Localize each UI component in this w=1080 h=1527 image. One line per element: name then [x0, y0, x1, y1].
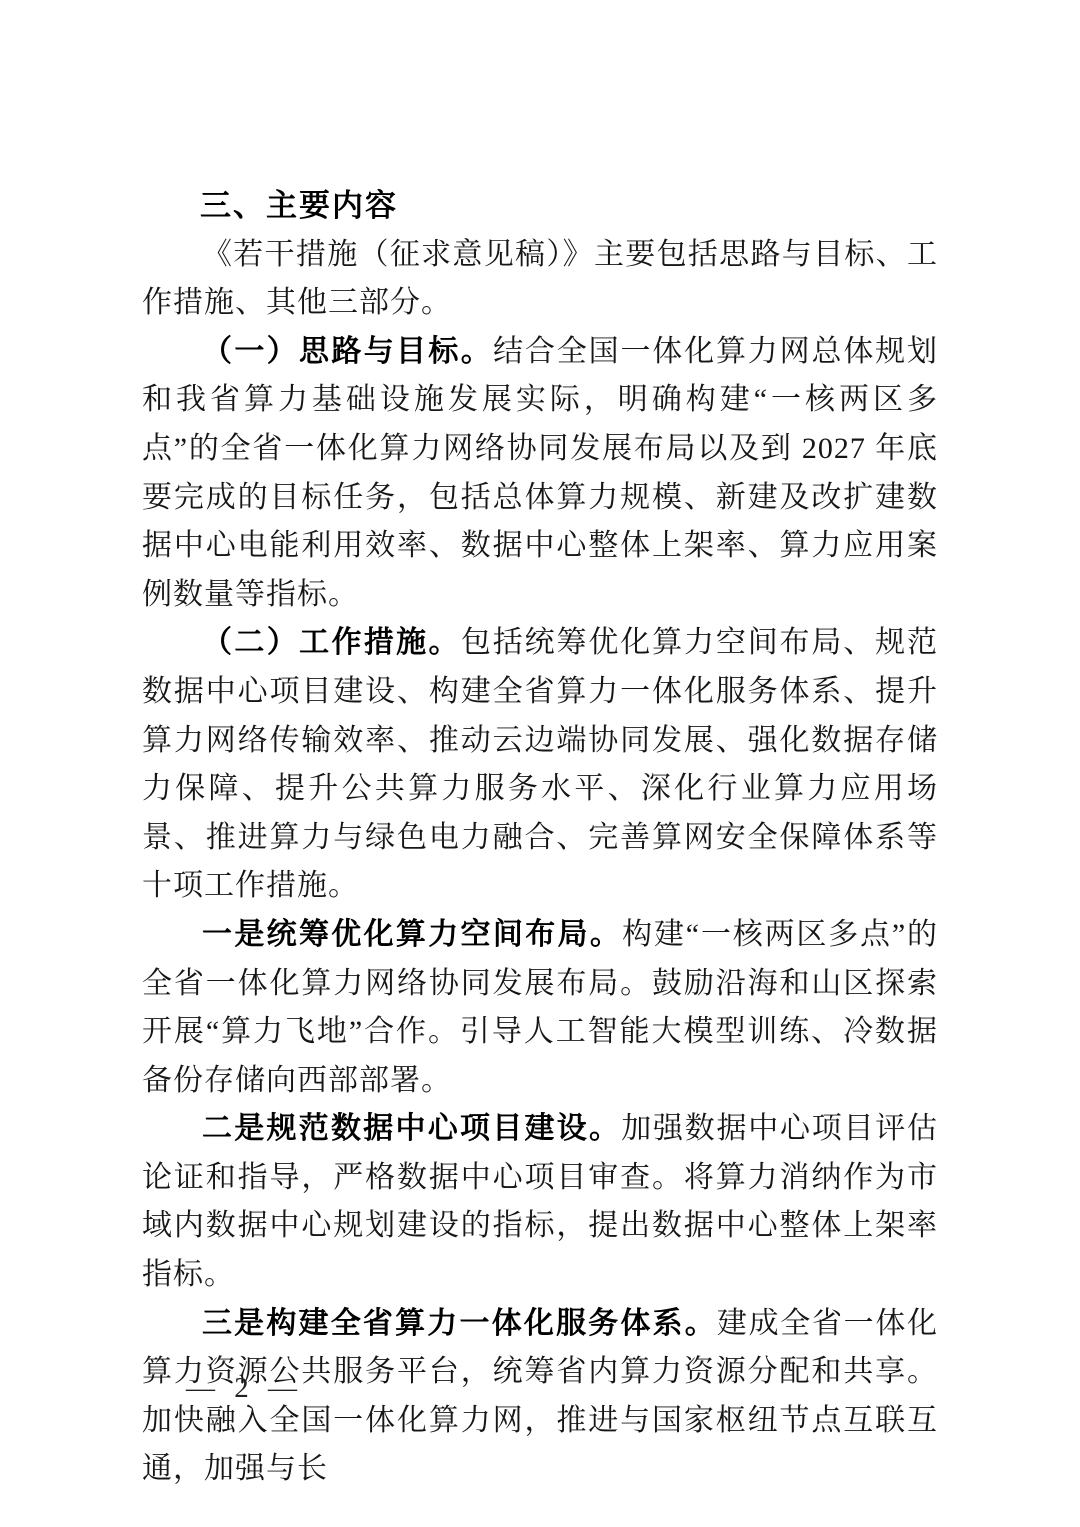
document-content: 三、主要内容 《若干措施（征求意见稿）》主要包括思路与目标、工作措施、其他三部分… [142, 182, 938, 1494]
page-number: — 2 — [186, 1372, 303, 1405]
document-page: 三、主要内容 《若干措施（征求意见稿）》主要包括思路与目标、工作措施、其他三部分… [0, 0, 1080, 1527]
paragraph-measure-2: 二是规范数据中心项目建设。加强数据中心项目评估论证和指导，严格数据中心项目审查。… [142, 1105, 938, 1299]
paragraph-lead: （一）思路与目标。 [202, 335, 493, 368]
paragraph-body: 包括统筹优化算力空间布局、规范数据中心项目建设、构建全省算力一体化服务体系、提升… [142, 626, 938, 902]
paragraph-overview: 《若干措施（征求意见稿）》主要包括思路与目标、工作措施、其他三部分。 [142, 231, 938, 328]
paragraph-body: 《若干措施（征求意见稿）》主要包括思路与目标、工作措施、其他三部分。 [142, 238, 938, 320]
section-heading: 三、主要内容 [142, 182, 938, 231]
paragraph-lead: 一是统筹优化算力空间布局。 [202, 918, 622, 951]
paragraph-goals: （一）思路与目标。结合全国一体化算力网总体规划和我省算力基础设施发展实际，明确构… [142, 328, 938, 620]
paragraph-lead: 三是构建全省算力一体化服务体系。 [202, 1307, 717, 1340]
paragraph-measure-1: 一是统筹优化算力空间布局。构建“一核两区多点”的全省一体化算力网络协同发展布局。… [142, 911, 938, 1105]
paragraph-lead: （二）工作措施。 [202, 626, 461, 659]
paragraph-lead: 二是规范数据中心项目建设。 [202, 1112, 621, 1145]
paragraph-body: 结合全国一体化算力网总体规划和我省算力基础设施发展实际，明确构建“一核两区多点”… [142, 335, 938, 611]
paragraph-measures: （二）工作措施。包括统筹优化算力空间布局、规范数据中心项目建设、构建全省算力一体… [142, 619, 938, 911]
